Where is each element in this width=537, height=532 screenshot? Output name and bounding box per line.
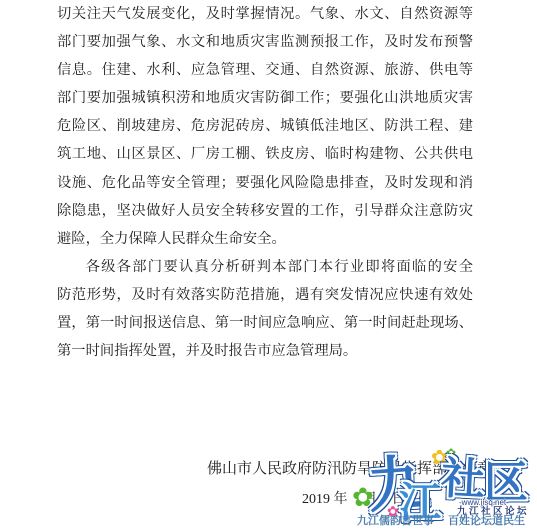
- document-line: 部门要加强城镇积涝和地质灾害防御工作；要强化山洪地质灾害: [57, 84, 473, 112]
- document-line: 切关注天气发展变化，及时掌握情况。气象、水文、自然资源等: [57, 0, 473, 28]
- watermark-slogan-right: 百姓论坛道民生: [448, 515, 525, 527]
- document-line: 危险区、削坡建房、危房泥砖房、城镇低洼地区、防洪工程、建: [57, 112, 473, 140]
- document-line: 除隐患，坚决做好人员安全转移安置的工作，引导群众注意防灾: [57, 197, 473, 225]
- document-body: 切关注天气发展变化，及时掌握情况。气象、水文、自然资源等 部门要加强气象、水文和…: [57, 0, 473, 365]
- document-line: 第一时间指挥处置，并及时报告市应急管理局。: [57, 337, 473, 365]
- document-line: 置，第一时间报送信息、第一时间应急响应、第一时间赶赴现场、: [57, 309, 473, 337]
- document-line: 设施、危化品等安全管理；要强化风险隐患排查，及时发现和消: [57, 169, 473, 197]
- document-line: 各级各部门要认真分析研判本部门本行业即将面临的安全: [57, 253, 473, 281]
- watermark-slogan: 九江儒韵言世事百姓论坛道民生: [357, 516, 525, 527]
- document-line: 避险，全力保障人民群众生命安全。: [57, 225, 473, 253]
- date-year-part: 2019 年: [302, 492, 348, 507]
- document-line: 部门要加强气象、水文和地质灾害监测预报工作，及时发布预警: [57, 28, 473, 56]
- document-line: 防范形势，及时有效落实防范措施，遇有突发情况应快速有效处: [57, 281, 473, 309]
- document-line: 信息。住建、水利、应急管理、交通、自然资源、旅游、供电等: [57, 56, 473, 84]
- document-line: 筑工地、山区景区、厂房工棚、铁皮房、临时构建物、公共供电: [57, 140, 473, 168]
- watermark-logo-char: 社: [440, 457, 486, 503]
- watermark-slogan-left: 九江儒韵言世事: [357, 515, 434, 527]
